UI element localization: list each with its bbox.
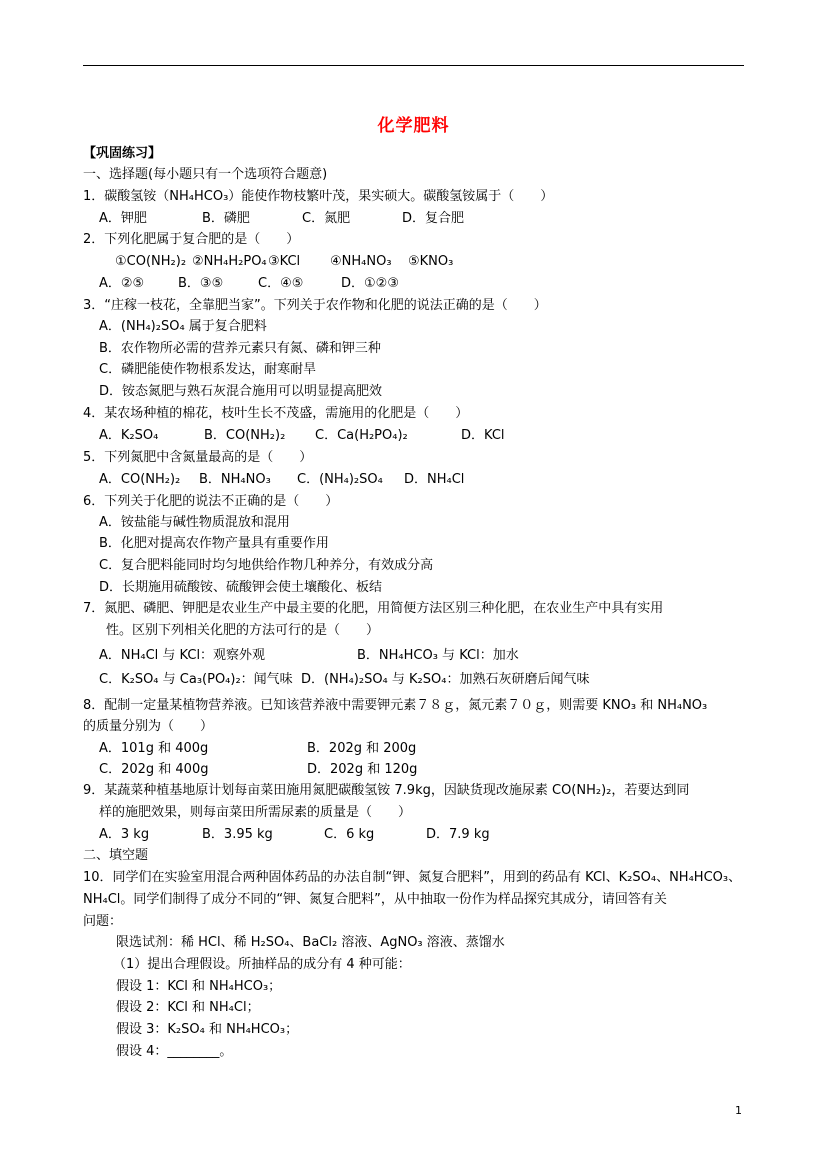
q5-option-c: C．(NH₄)₂SO₄ xyxy=(297,471,383,489)
q2-item-5: ⑤KNO₃ xyxy=(408,253,453,271)
q6-option-d: D．长期施用硫酸铵、硫酸钾会使土壤酸化、板结 xyxy=(99,579,382,597)
q4-stem: 4．某农场种植的棉花，枝叶生长不茂盛，需施用的化肥是（ ） xyxy=(83,405,468,423)
q7-stem-line1: 7．氮肥、磷肥、钾肥是农业生产中最主要的化肥，用简便方法区别三种化肥，在农业生产… xyxy=(83,600,663,618)
q8-stem-line1: 8．配制一定量某植物营养液。已知该营养液中需要钾元素７８ｇ，氮元素７０ｇ，则需要… xyxy=(83,697,707,715)
q3-option-d: D．铵态氮肥与熟石灰混合施用可以明显提高肥效 xyxy=(99,383,382,401)
q2-item-4: ④NH₄NO₃ xyxy=(330,253,392,271)
q7-option-c: C．K₂SO₄ 与 Ca₃(PO₄)₂：闻气味 xyxy=(99,671,293,689)
q8-option-b: B．202g 和 200g xyxy=(307,740,416,758)
q3-option-b: B．农作物所必需的营养元素只有氮、磷和钾三种 xyxy=(99,340,381,358)
q7-option-d: D．(NH₄)₂SO₄ 与 K₂SO₄：加熟石灰研磨后闻气味 xyxy=(301,671,589,689)
q3-option-a: A．(NH₄)₂SO₄ 属于复合肥料 xyxy=(99,318,267,336)
page-title: 化学肥料 xyxy=(0,111,827,136)
q9-option-d: D．7.9 kg xyxy=(426,826,490,844)
q5-option-d: D．NH₄Cl xyxy=(404,471,464,489)
q10-hypothesis-4: 假设 4：________。 xyxy=(116,1043,232,1061)
q2-option-c: C．④⑤ xyxy=(258,275,303,293)
q4-option-a: A．K₂SO₄ xyxy=(99,427,158,445)
q10-sub1: （1）提出合理假设。所抽样品的成分有 4 种可能： xyxy=(113,956,411,974)
q1-option-c: C．氮肥 xyxy=(302,210,350,228)
page-number: 1 xyxy=(735,1104,742,1117)
q1-option-b: B．磷肥 xyxy=(202,210,250,228)
q10-line3: 问题： xyxy=(83,913,122,931)
q4-option-c: C．Ca(H₂PO₄)₂ xyxy=(315,427,408,445)
q3-stem: 3．“庄稼一枝花，全靠肥当家”。下列关于农作物和化肥的说法正确的是（ ） xyxy=(83,297,547,315)
q9-stem-line1: 9．某蔬菜种植基地原计划每亩菜田施用氮肥碳酸氢铵 7.9kg，因缺货现改施尿素 … xyxy=(83,782,689,800)
q6-option-a: A．铵盐能与碱性物质混放和混用 xyxy=(99,514,290,532)
q9-stem-line2: 样的施肥效果，则每亩菜田所需尿素的质量是（ ） xyxy=(99,804,411,822)
q4-option-b: B．CO(NH₂)₂ xyxy=(204,427,285,445)
q7-option-a: A．NH₄Cl 与 KCl：观察外观 xyxy=(99,647,265,665)
q1-stem: 1．碳酸氢铵（NH₄HCO₃）能使作物枝繁叶茂，果实硕大。碳酸氢铵属于（ ） xyxy=(83,188,553,206)
q9-option-b: B．3.95 kg xyxy=(202,826,273,844)
q8-option-d: D．202g 和 120g xyxy=(307,761,417,779)
q2-stem: 2．下列化肥属于复合肥的是（ ） xyxy=(83,231,299,249)
q8-stem-line2: 的质量分别为（ ） xyxy=(83,718,213,736)
q2-option-b: B．③⑤ xyxy=(178,275,223,293)
q7-option-b: B．NH₄HCO₃ 与 KCl：加水 xyxy=(357,647,519,665)
q10-hypothesis-1: 假设 1：KCl 和 NH₄HCO₃； xyxy=(116,978,281,996)
q10-line1: 10．同学们在实验室用混合两种固体药品的办法自制“钾、氮复合肥料”，用到的药品有… xyxy=(83,869,741,887)
q1-option-a: A．钾肥 xyxy=(99,210,147,228)
q5-option-a: A．CO(NH₂)₂ xyxy=(99,471,180,489)
q2-item-1: ①CO(NH₂)₂ xyxy=(115,253,186,271)
q5-stem: 5．下列氮肥中含氮量最高的是（ ） xyxy=(83,449,312,467)
q8-option-a: A．101g 和 400g xyxy=(99,740,208,758)
q6-option-c: C．复合肥料能同时均匀地供给作物几种养分，有效成分高 xyxy=(99,557,433,575)
part1-heading: 一、选择题(每小题只有一个选项符合题意) xyxy=(83,166,327,184)
q9-option-a: A．3 kg xyxy=(99,826,149,844)
q5-option-b: B．NH₄NO₃ xyxy=(199,471,271,489)
q10-line2: NH₄Cl。同学们制得了成分不同的“钾、氮复合肥料”，从中抽取一份作为样品探究其… xyxy=(83,891,667,909)
q2-option-d: D．①②③ xyxy=(341,275,399,293)
q3-option-c: C．磷肥能使作物根系发达，耐寒耐旱 xyxy=(99,361,316,379)
q6-stem: 6．下列关于化肥的说法不正确的是（ ） xyxy=(83,493,338,511)
q1-option-d: D．复合肥 xyxy=(402,210,464,228)
q2-item-3: ③KCl xyxy=(268,253,300,271)
part2-heading: 二、填空题 xyxy=(83,847,148,865)
q9-option-c: C．6 kg xyxy=(324,826,374,844)
q10-hypothesis-2: 假设 2：KCl 和 NH₄Cl； xyxy=(116,999,260,1017)
q10-hypothesis-3: 假设 3：K₂SO₄ 和 NH₄HCO₃； xyxy=(116,1021,298,1039)
q10-reagents: 限选试剂：稀 HCl、稀 H₂SO₄、BaCl₂ 溶液、AgNO₃ 溶液、蒸馏水 xyxy=(116,934,505,952)
q7-stem-line2: 性。区别下列相关化肥的方法可行的是（ ） xyxy=(106,622,379,640)
q8-option-c: C．202g 和 400g xyxy=(99,761,208,779)
q6-option-b: B．化肥对提高农作物产量具有重要作用 xyxy=(99,535,329,553)
q2-item-2: ②NH₄H₂PO₄ xyxy=(192,253,267,271)
header-rule xyxy=(83,65,744,66)
q2-option-a: A．②⑤ xyxy=(99,275,144,293)
q4-option-d: D．KCl xyxy=(461,427,505,445)
section-label: 【巩固练习】 xyxy=(83,145,161,163)
